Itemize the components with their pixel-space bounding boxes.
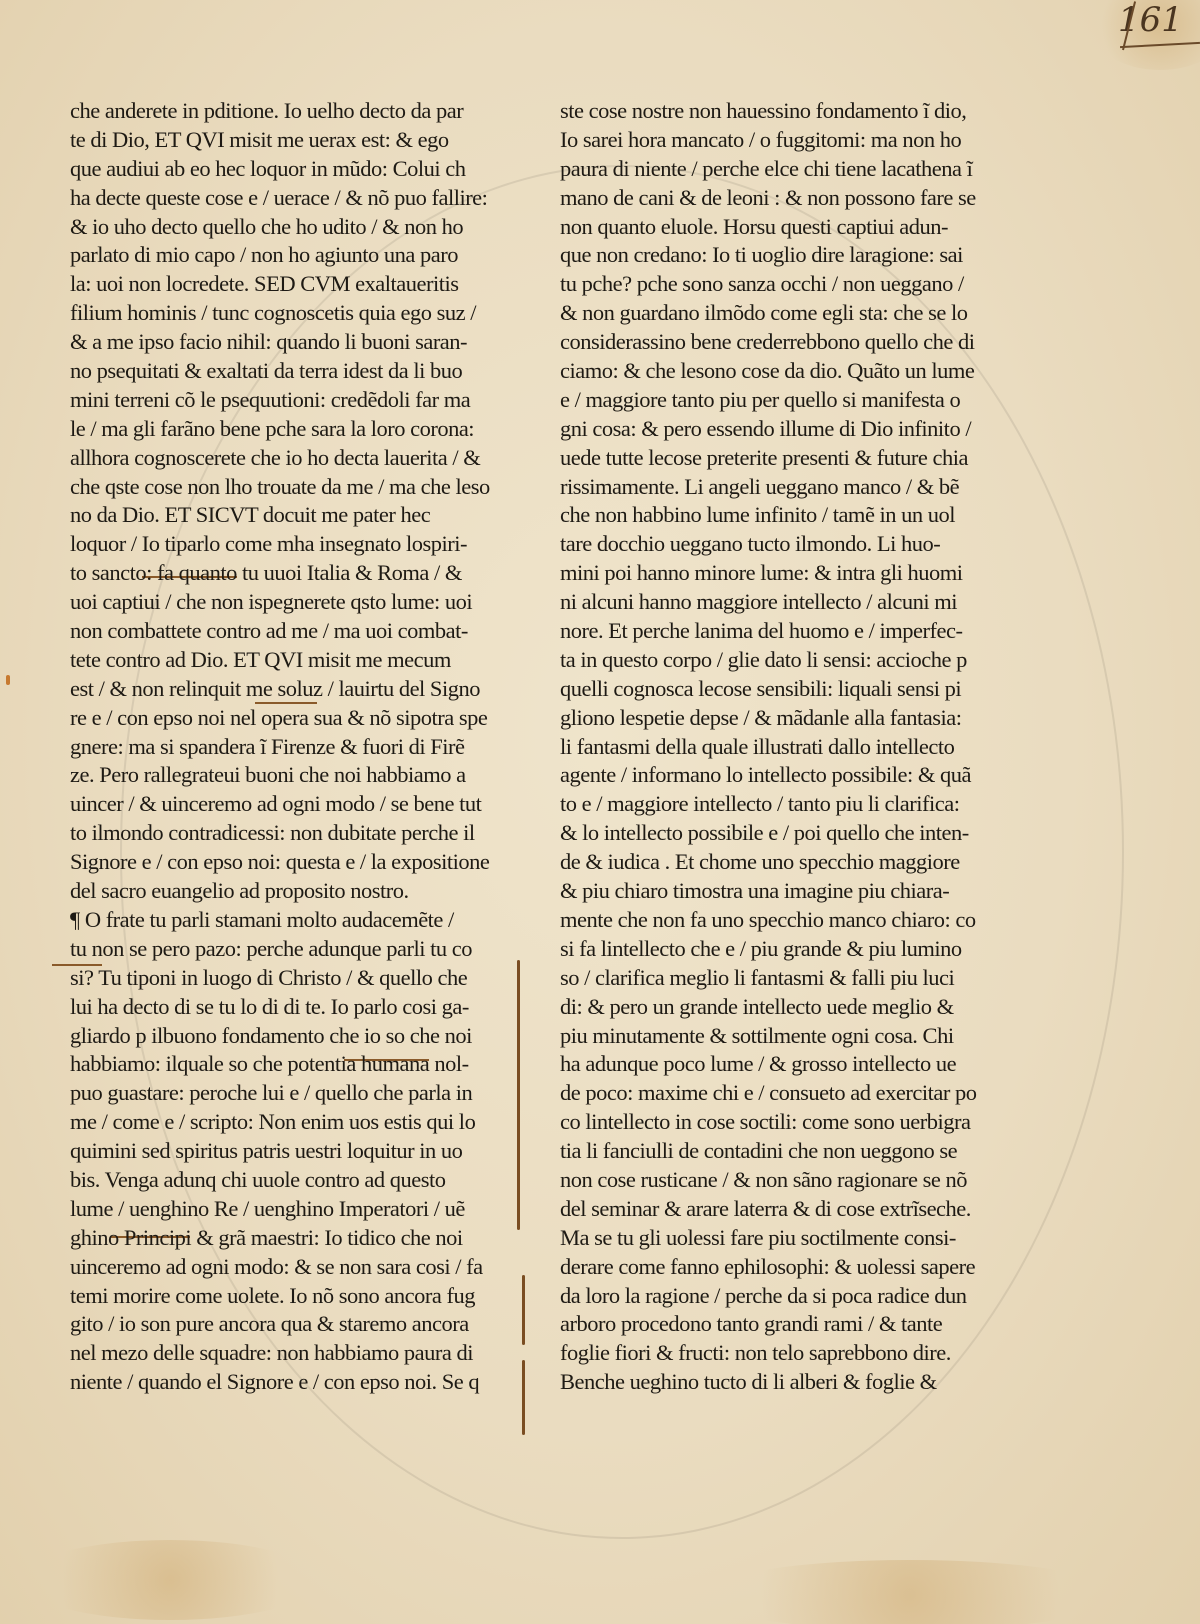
text-line: che qste cose non lho trouate da me / ma… — [70, 473, 525, 502]
text-line: ta in questo corpo / glie dato li sensi:… — [560, 646, 1015, 675]
text-line: allhora cognoscerete che io ho decta lau… — [70, 444, 525, 473]
text-line: nore. Et perche lanima del huomo e / imp… — [560, 617, 1015, 646]
text-line: te di Dio, ET QVI misit me uerax est: & … — [70, 126, 525, 155]
manuscript-page: 161 che anderete in pditione. Io uelho d… — [0, 0, 1200, 1624]
text-line: lume / uenghino Re / uenghino Imperatori… — [70, 1195, 525, 1224]
text-line: non combattete contro ad me / ma uoi com… — [70, 617, 525, 646]
text-line: di: & pero un grande intellecto uede meg… — [560, 993, 1015, 1022]
text-line: me / come e / scripto: Non enim uos esti… — [70, 1108, 525, 1137]
text-line: & piu chiaro timostra una imagine piu ch… — [560, 877, 1015, 906]
text-line: so / clarifica meglio li fantasmi & fall… — [560, 964, 1015, 993]
text-line: del seminar & arare laterra & di cose ex… — [560, 1195, 1015, 1224]
text-line: agente / informano lo intellecto possibi… — [560, 761, 1015, 790]
text-line: filium hominis / tunc cognoscetis quia e… — [70, 299, 525, 328]
text-line: ze. Pero rallegrateui buoni che noi habb… — [70, 761, 525, 790]
text-line: che anderete in pditione. Io uelho decto… — [70, 97, 525, 126]
text-line: gito / io son pure ancora qua & staremo … — [70, 1310, 525, 1339]
text-line: & io uho decto quello che ho udito / & n… — [70, 213, 525, 242]
paper-stain — [700, 1560, 1120, 1624]
margin-mark — [6, 675, 10, 685]
text-line: non quanto eluole. Horsu questi captiui … — [560, 213, 1015, 242]
text-line: ni alcuni hanno maggiore intellecto / al… — [560, 588, 1015, 617]
text-line: arboro procedono tanto grandi rami / & t… — [560, 1310, 1015, 1339]
text-line: parlato di mio capo / non ho agiunto una… — [70, 241, 525, 270]
text-line: Signore e / con epso noi: questa e / la … — [70, 848, 525, 877]
text-line: & a me ipso facio nihil: quando li buoni… — [70, 328, 525, 357]
text-line: uede tutte lecose preterite presenti & f… — [560, 444, 1015, 473]
text-line: re e / con epso noi nel opera sua & nõ s… — [70, 704, 525, 733]
text-line: co lintellecto in cose soctili: come son… — [560, 1108, 1015, 1137]
text-line: niente / quando el Signore e / con epso … — [70, 1368, 525, 1397]
text-line: nel mezo delle squadre: non habbiamo pau… — [70, 1339, 525, 1368]
text-line: uincer / & uinceremo ad ogni modo / se b… — [70, 790, 525, 819]
text-line: rissimamente. Li angeli ueggano manco / … — [560, 473, 1015, 502]
text-line: de & iudica . Et chome uno specchio magg… — [560, 848, 1015, 877]
text-line: gni cosa: & pero essendo illume di Dio i… — [560, 415, 1015, 444]
left-text-column: che anderete in pditione. Io uelho decto… — [70, 97, 525, 1397]
text-line: mano de cani & de leoni : & non possono … — [560, 184, 1015, 213]
text-line: de poco: maxime chi e / consueto ad exer… — [560, 1079, 1015, 1108]
paragraph-start-line: ¶ O frate tu parli stamani molto audacem… — [70, 906, 525, 935]
text-line: derare come fanno ephilosophi: & uolessi… — [560, 1253, 1015, 1282]
text-line: tu non se pero pazo: perche adunque parl… — [70, 935, 525, 964]
text-line: non cose rusticane / & non sãno ragionar… — [560, 1166, 1015, 1195]
text-line: che non habbino lume infinito / tamẽ in … — [560, 501, 1015, 530]
text-line: est / & non relinquit me soluz / lauirtu… — [70, 675, 525, 704]
text-line: ha adunque poco lume / & grosso intellec… — [560, 1050, 1015, 1079]
text-line: si? Tu tiponi in luogo di Christo / & qu… — [70, 964, 525, 993]
text-line: lui ha decto di se tu lo di di te. Io pa… — [70, 993, 525, 1022]
text-line: loquor / Io tiparlo come mha insegnato l… — [70, 530, 525, 559]
text-line: mini poi hanno minore lume: & intra gli … — [560, 559, 1015, 588]
text-line: puo guastare: peroche lui e / quello che… — [70, 1079, 525, 1108]
text-line: & lo intellecto possibile e / poi quello… — [560, 819, 1015, 848]
text-line: habbiamo: ilquale so che potentia humana… — [70, 1050, 525, 1079]
text-line: tare docchio ueggano tucto ilmondo. Li h… — [560, 530, 1015, 559]
text-line: que audiui ab eo hec loquor in mũdo: Col… — [70, 155, 525, 184]
text-line: paura di niente / perche elce chi tiene … — [560, 155, 1015, 184]
text-line: quimini sed spiritus patris uestri loqui… — [70, 1137, 525, 1166]
text-line: ha decte queste cose e / uerace / & nõ p… — [70, 184, 525, 213]
text-line: gliono lespetie depse / & mãdanle alla f… — [560, 704, 1015, 733]
text-line: no da Dio. ET SICVT docuit me pater hec — [70, 501, 525, 530]
text-line: que non credano: Io ti uoglio dire larag… — [560, 241, 1015, 270]
text-line: to sancto: fa quanto tu uuoi Italia & Ro… — [70, 559, 525, 588]
text-line: Io sarei hora mancato / o fuggitomi: ma … — [560, 126, 1015, 155]
text-line: Ma se tu gli uolessi fare piu soctilment… — [560, 1224, 1015, 1253]
text-line: mente che non fa uno specchio manco chia… — [560, 906, 1015, 935]
text-line: tu pche? pche sono sanza occhi / non ueg… — [560, 270, 1015, 299]
text-line: gnere: ma si spandera ĩ Firenze & fuori … — [70, 733, 525, 762]
text-line: considerassino bene crederrebbono quello… — [560, 328, 1015, 357]
text-line: tete contro ad Dio. ET QVI misit me mecu… — [70, 646, 525, 675]
text-line: uoi captiui / che non ispegnerete qsto l… — [70, 588, 525, 617]
text-line: e / maggiore tanto piu per quello si man… — [560, 386, 1015, 415]
text-line: ciamo: & che lesono cose da dio. Quãto u… — [560, 357, 1015, 386]
text-line: gliardo p ilbuono fondamento che io so c… — [70, 1022, 525, 1051]
text-line: quelli cognosca lecose sensibili: liqual… — [560, 675, 1015, 704]
text-line: da loro la ragione / perche da si poca r… — [560, 1282, 1015, 1311]
text-line: to e / maggiore intellecto / tanto piu l… — [560, 790, 1015, 819]
text-line: foglie fiori & fructi: non telo saprebbo… — [560, 1339, 1015, 1368]
text-line: bis. Venga adunq chi uuole contro ad que… — [70, 1166, 525, 1195]
text-line: tia li fanciulli de contadini che non ue… — [560, 1137, 1015, 1166]
text-line: no psequitati & exaltati da terra idest … — [70, 357, 525, 386]
text-line: si fa lintellecto che e / piu grande & p… — [560, 935, 1015, 964]
text-line: ghino Principi & grã maestri: Io tidico … — [70, 1224, 525, 1253]
text-line: temi morire come uolete. Io nõ sono anco… — [70, 1282, 525, 1311]
text-line: li fantasmi della quale illustrati dallo… — [560, 733, 1015, 762]
text-line: ste cose nostre non hauessino fondamento… — [560, 97, 1015, 126]
text-line: & non guardano ilmõdo come egli sta: che… — [560, 299, 1015, 328]
text-line: piu minutamente & sottilmente ogni cosa.… — [560, 1022, 1015, 1051]
text-line: mini terreni cõ le psequutioni: credẽdol… — [70, 386, 525, 415]
paper-stain — [20, 1540, 320, 1620]
text-line: la: uoi non locredete. SED CVM exaltauer… — [70, 270, 525, 299]
text-line: Benche ueghino tucto di li alberi & fogl… — [560, 1368, 1015, 1397]
text-line: to ilmondo contradicessi: non dubitate p… — [70, 819, 525, 848]
right-text-column: ste cose nostre non hauessino fondamento… — [560, 97, 1015, 1397]
text-line: del sacro euangelio ad proposito nostro. — [70, 877, 525, 906]
text-line: le / ma gli farãno bene pche sara la lor… — [70, 415, 525, 444]
text-line: uinceremo ad ogni modo: & se non sara co… — [70, 1253, 525, 1282]
